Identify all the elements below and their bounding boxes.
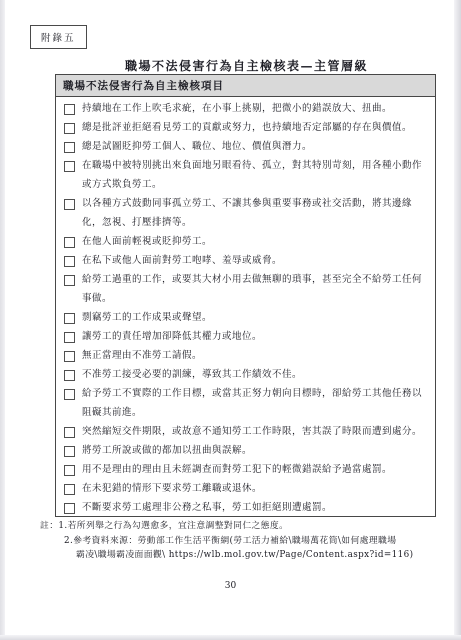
- scan-edge-right: [454, 0, 461, 640]
- checkbox[interactable]: [64, 484, 75, 495]
- checkbox[interactable]: [64, 199, 75, 210]
- checklist-item-text: 將勞工所說或做的都加以扭曲與誤解。: [82, 441, 427, 460]
- checklist-item-text: 在職場中被特別挑出來負面地另眼看待、孤立，對其特別苛刻，用各種小動作或方式欺負勞…: [82, 156, 427, 194]
- footnote-2-line2: 霸凌\職場霸凌面面觀\ https://wlb.mol.gov.tw/Page/…: [40, 548, 440, 563]
- checkbox[interactable]: [64, 237, 75, 248]
- checkbox[interactable]: [64, 313, 75, 324]
- appendix-label-text: 附錄五: [41, 33, 76, 44]
- checklist-table: 職場不法侵害行為自主檢核項目 持續地在工作上吹毛求疵，在小事上挑剔，把微小的錯誤…: [55, 74, 436, 517]
- checkbox[interactable]: [64, 503, 75, 514]
- checkbox[interactable]: [64, 161, 75, 172]
- checklist-item-text: 不准勞工接受必要的訓練，導致其工作績效不佳。: [82, 365, 427, 384]
- checklist-item-text: 總是試圖貶抑勞工個人、職位、地位、價值與潛力。: [82, 137, 427, 156]
- checklist-item: 持續地在工作上吹毛求疵，在小事上挑剔，把微小的錯誤放大、扭曲。: [63, 99, 427, 118]
- checklist-item: 以各種方式鼓動同事孤立勞工、不讓其參與重要事務或社交活動，將其邊緣化，忽視、打壓…: [63, 194, 427, 232]
- checkbox[interactable]: [64, 446, 75, 457]
- footnote-2-line1: 2.參考資料來源：勞動部工作生活平衡網(勞工活力補給\職場萬花筒\如何處理職場: [40, 534, 440, 549]
- checklist-item: 無正當理由不准勞工請假。: [63, 346, 427, 365]
- checklist-item-text: 讓勞工的責任增加卻降低其權力或地位。: [82, 327, 427, 346]
- table-header: 職場不法侵害行為自主檢核項目: [56, 75, 435, 97]
- scan-edge-left: [0, 0, 5, 640]
- checklist-item-text: 以各種方式鼓動同事孤立勞工、不讓其參與重要事務或社交活動，將其邊緣化，忽視、打壓…: [82, 194, 427, 232]
- checklist-items: 持續地在工作上吹毛求疵，在小事上挑剔，把微小的錯誤放大、扭曲。總是批評並拒絕看見…: [56, 97, 435, 516]
- checkbox[interactable]: [64, 275, 75, 286]
- checklist-item-text: 突然縮短交件期限，或故意不通知勞工工作時限，害其誤了時限而遭到處分。: [82, 422, 427, 441]
- checkbox[interactable]: [64, 370, 75, 381]
- checklist-item: 不斷要求勞工處理非公務之私事，勞工如拒絕則遭處罰。: [63, 498, 427, 516]
- checklist-item-text: 給予勞工不實際的工作目標，或當其正努力朝向目標時，卻給勞工其他任務以阻礙其前進。: [82, 384, 427, 422]
- checklist-item-text: 剽竊勞工的工作成果或聲望。: [82, 308, 427, 327]
- appendix-label: 附錄五: [30, 25, 87, 49]
- checklist-item: 在未犯錯的情形下要求勞工離職或退休。: [63, 479, 427, 498]
- checklist-item: 給勞工過重的工作，或要其大材小用去做無聊的瑣事，甚至完全不給勞工任何事做。: [63, 270, 427, 308]
- checklist-item: 總是批評並拒絕看見勞工的貢獻或努力，也持續地否定部屬的存在與價值。: [63, 118, 427, 137]
- checklist-item: 在他人面前輕視或貶抑勞工。: [63, 232, 427, 251]
- checkbox[interactable]: [64, 104, 75, 115]
- checklist-item: 在職場中被特別挑出來負面地另眼看待、孤立，對其特別苛刻，用各種小動作或方式欺負勞…: [63, 156, 427, 194]
- checklist-item: 突然縮短交件期限，或故意不通知勞工工作時限，害其誤了時限而遭到處分。: [63, 422, 427, 441]
- checkbox[interactable]: [64, 389, 75, 400]
- checklist-item: 給予勞工不實際的工作目標，或當其正努力朝向目標時，卻給勞工其他任務以阻礙其前進。: [63, 384, 427, 422]
- checkbox[interactable]: [64, 465, 75, 476]
- footnotes: 註：1.若所列舉之行為勾選愈多，宜注意調整對同仁之態度。 2.參考資料來源：勞動…: [40, 519, 440, 563]
- checkbox[interactable]: [64, 351, 75, 362]
- checklist-item: 用不是理由的理由且未經調查而對勞工犯下的輕微錯誤給予過當處罰。: [63, 460, 427, 479]
- page-number: 30: [0, 581, 461, 591]
- checkbox[interactable]: [64, 427, 75, 438]
- checklist-item-text: 總是批評並拒絕看見勞工的貢獻或努力，也持續地否定部屬的存在與價值。: [82, 118, 427, 137]
- checklist-item: 總是試圖貶抑勞工個人、職位、地位、價值與潛力。: [63, 137, 427, 156]
- checklist-item: 剽竊勞工的工作成果或聲望。: [63, 308, 427, 327]
- checklist-item-text: 在未犯錯的情形下要求勞工離職或退休。: [82, 479, 427, 498]
- checklist-item: 將勞工所說或做的都加以扭曲與誤解。: [63, 441, 427, 460]
- checkbox[interactable]: [64, 256, 75, 267]
- checklist-item-text: 在他人面前輕視或貶抑勞工。: [82, 232, 427, 251]
- checklist-item-text: 給勞工過重的工作，或要其大材小用去做無聊的瑣事，甚至完全不給勞工任何事做。: [82, 270, 427, 308]
- checkbox[interactable]: [64, 142, 75, 153]
- scan-edge-bottom: [0, 635, 461, 640]
- checklist-item: 在私下或他人面前對勞工咆哮、羞辱或威脅。: [63, 251, 427, 270]
- page-title: 職場不法侵害行為自主檢核表—主管層級: [55, 57, 438, 74]
- checkbox[interactable]: [64, 123, 75, 134]
- checklist-item-text: 無正當理由不准勞工請假。: [82, 346, 427, 365]
- checklist-item: 不准勞工接受必要的訓練，導致其工作績效不佳。: [63, 365, 427, 384]
- footnote-1: 註：1.若所列舉之行為勾選愈多，宜注意調整對同仁之態度。: [40, 519, 440, 534]
- checklist-item: 讓勞工的責任增加卻降低其權力或地位。: [63, 327, 427, 346]
- checklist-item-text: 不斷要求勞工處理非公務之私事，勞工如拒絕則遭處罰。: [82, 498, 427, 516]
- checklist-item-text: 持續地在工作上吹毛求疵，在小事上挑剔，把微小的錯誤放大、扭曲。: [82, 99, 427, 118]
- checklist-item-text: 在私下或他人面前對勞工咆哮、羞辱或威脅。: [82, 251, 427, 270]
- checklist-item-text: 用不是理由的理由且未經調查而對勞工犯下的輕微錯誤給予過當處罰。: [82, 460, 427, 479]
- checkbox[interactable]: [64, 332, 75, 343]
